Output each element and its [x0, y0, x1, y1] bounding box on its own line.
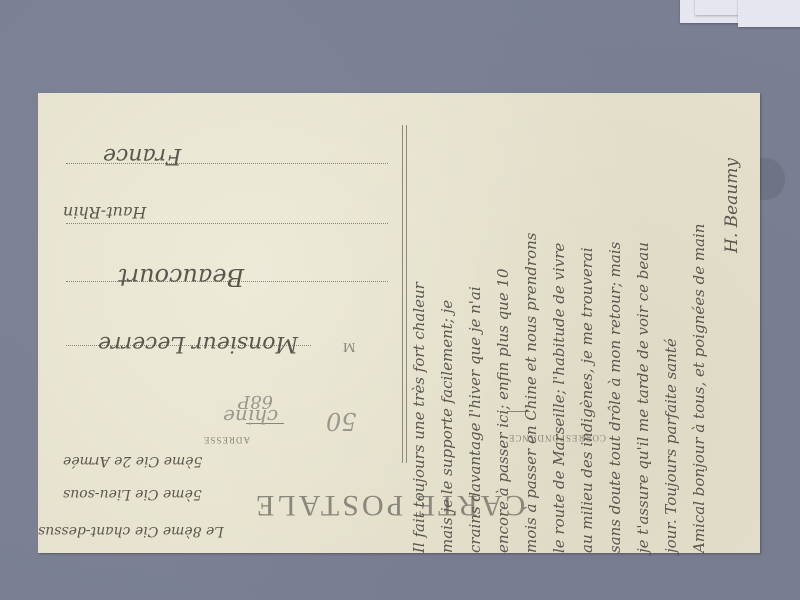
vertical-divider	[402, 125, 407, 463]
message-line: Amical bonjour à tous, et poignées de ma…	[690, 224, 708, 553]
message-line: mais je le supporte facilement; je	[438, 300, 456, 553]
pencil-note-price: 50	[326, 407, 357, 435]
carte-postale-title: CARTE POSTALE	[253, 488, 525, 522]
message-line: sans doute tout drôle à mon retour; mais	[606, 242, 624, 553]
left-message-line: 5ème Cie Lieu-sous	[63, 486, 202, 502]
message-line: jour. Toujours parfaite santé	[662, 338, 680, 553]
message-line: mois à passer en Chine et nous prendrons	[522, 233, 540, 554]
message-line: encore à passer ici; enfin plus que 10	[494, 268, 512, 553]
message-line: au milieu des indigènes, je me trouverai	[578, 247, 596, 553]
left-message-line: 5ème Cie 2e Armée	[63, 453, 202, 469]
message-line: crains davantage l'hiver que je n'ai	[466, 286, 484, 553]
salutation-m: M	[343, 338, 355, 354]
left-message-line: Le 8ème Cie chant-dessus	[38, 523, 224, 539]
address-line	[66, 223, 388, 224]
address-town: Beaucourt	[118, 263, 244, 291]
address-label: ADRESSE	[203, 435, 250, 445]
paper-sheet	[738, 0, 800, 27]
paper-sheet	[695, 0, 740, 15]
address-name: Monsieur Lecerre	[98, 331, 298, 356]
paper-stack	[660, 0, 800, 30]
address-region: Haut-Rhin	[63, 203, 146, 222]
pencil-note-code: 68P	[238, 391, 273, 412]
postcard: CARTE POSTALE CORRESPONDANCE ADRESSE M F…	[38, 93, 760, 553]
signature: H. Beaumy	[722, 158, 742, 253]
address-country: France	[103, 143, 181, 168]
message-line: le route de Marseille; l'habitude de viv…	[550, 243, 568, 553]
message-line: Il fait toujours une très fort chaleur	[410, 282, 428, 553]
message-line: je t'assure qu'il me tarde de voir ce be…	[634, 242, 652, 553]
